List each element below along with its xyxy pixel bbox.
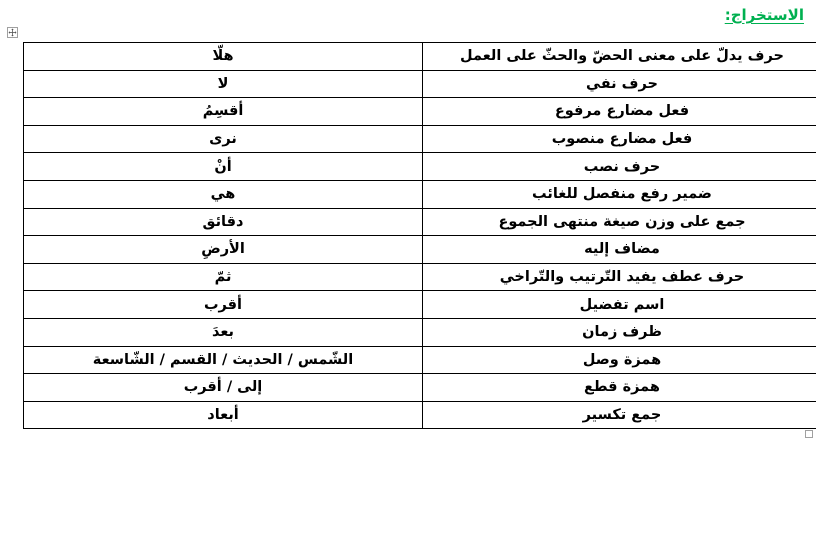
description-cell: فعل مضارع مرفوع <box>423 98 816 126</box>
word-cell: الشّمس / الحديث / القسم / الشّاسعة <box>24 346 423 374</box>
table-row: فعل مضارع مرفوع أقسِمُ <box>24 98 816 126</box>
description-cell: جمع تكسير <box>423 401 816 429</box>
word-cell: دقائق <box>24 208 423 236</box>
word-cell: لا <box>24 70 423 98</box>
table-row: اسم تفضيل أقرب <box>24 291 816 319</box>
table-row: حرف نصب أنْ <box>24 153 816 181</box>
description-cell: حرف يدلّ على معنى الحضّ والحثّ على العمل <box>423 43 816 71</box>
description-cell: اسم تفضيل <box>423 291 816 319</box>
table-move-handle[interactable] <box>7 27 18 38</box>
word-cell: هلّا <box>24 43 423 71</box>
description-cell: جمع على وزن صيغة منتهى الجموع <box>423 208 816 236</box>
table-row: ضمير رفع منفصل للغائب هي <box>24 180 816 208</box>
move-arrows-icon <box>8 28 17 37</box>
table-row: فعل مضارع منصوب نرى <box>24 125 816 153</box>
table-row: جمع على وزن صيغة منتهى الجموع دقائق <box>24 208 816 236</box>
table-row: جمع تكسير أبعاد <box>24 401 816 429</box>
description-cell: فعل مضارع منصوب <box>423 125 816 153</box>
description-cell: همزة وصل <box>423 346 816 374</box>
table-row: همزة قطع إلى / أقرب <box>24 374 816 402</box>
table-row: ظرف زمان بعدَ <box>24 318 816 346</box>
word-cell: بعدَ <box>24 318 423 346</box>
table-resize-handle[interactable] <box>805 430 813 438</box>
word-cell: نرى <box>24 125 423 153</box>
table-row: حرف نفي لا <box>24 70 816 98</box>
table-row: همزة وصل الشّمس / الحديث / القسم / الشّا… <box>24 346 816 374</box>
description-cell: ظرف زمان <box>423 318 816 346</box>
description-cell: ضمير رفع منفصل للغائب <box>423 180 816 208</box>
word-cell: ثمّ <box>24 263 423 291</box>
word-cell: أقرب <box>24 291 423 319</box>
description-cell: همزة قطع <box>423 374 816 402</box>
description-cell: مضاف إليه <box>423 236 816 264</box>
word-cell: الأرضِ <box>24 236 423 264</box>
word-cell: هي <box>24 180 423 208</box>
table-row: مضاف إليه الأرضِ <box>24 236 816 264</box>
description-cell: حرف نصب <box>423 153 816 181</box>
word-cell: أنْ <box>24 153 423 181</box>
description-cell: حرف نفي <box>423 70 816 98</box>
word-cell: أبعاد <box>24 401 423 429</box>
table-row: حرف عطف يفيد التّرتيب والتّراخي ثمّ <box>24 263 816 291</box>
description-cell: حرف عطف يفيد التّرتيب والتّراخي <box>423 263 816 291</box>
word-cell: إلى / أقرب <box>24 374 423 402</box>
word-cell: أقسِمُ <box>24 98 423 126</box>
extraction-table: حرف يدلّ على معنى الحضّ والحثّ على العمل… <box>23 42 816 429</box>
section-title: الاستخراج: <box>725 4 804 26</box>
table-row: حرف يدلّ على معنى الحضّ والحثّ على العمل… <box>24 43 816 71</box>
